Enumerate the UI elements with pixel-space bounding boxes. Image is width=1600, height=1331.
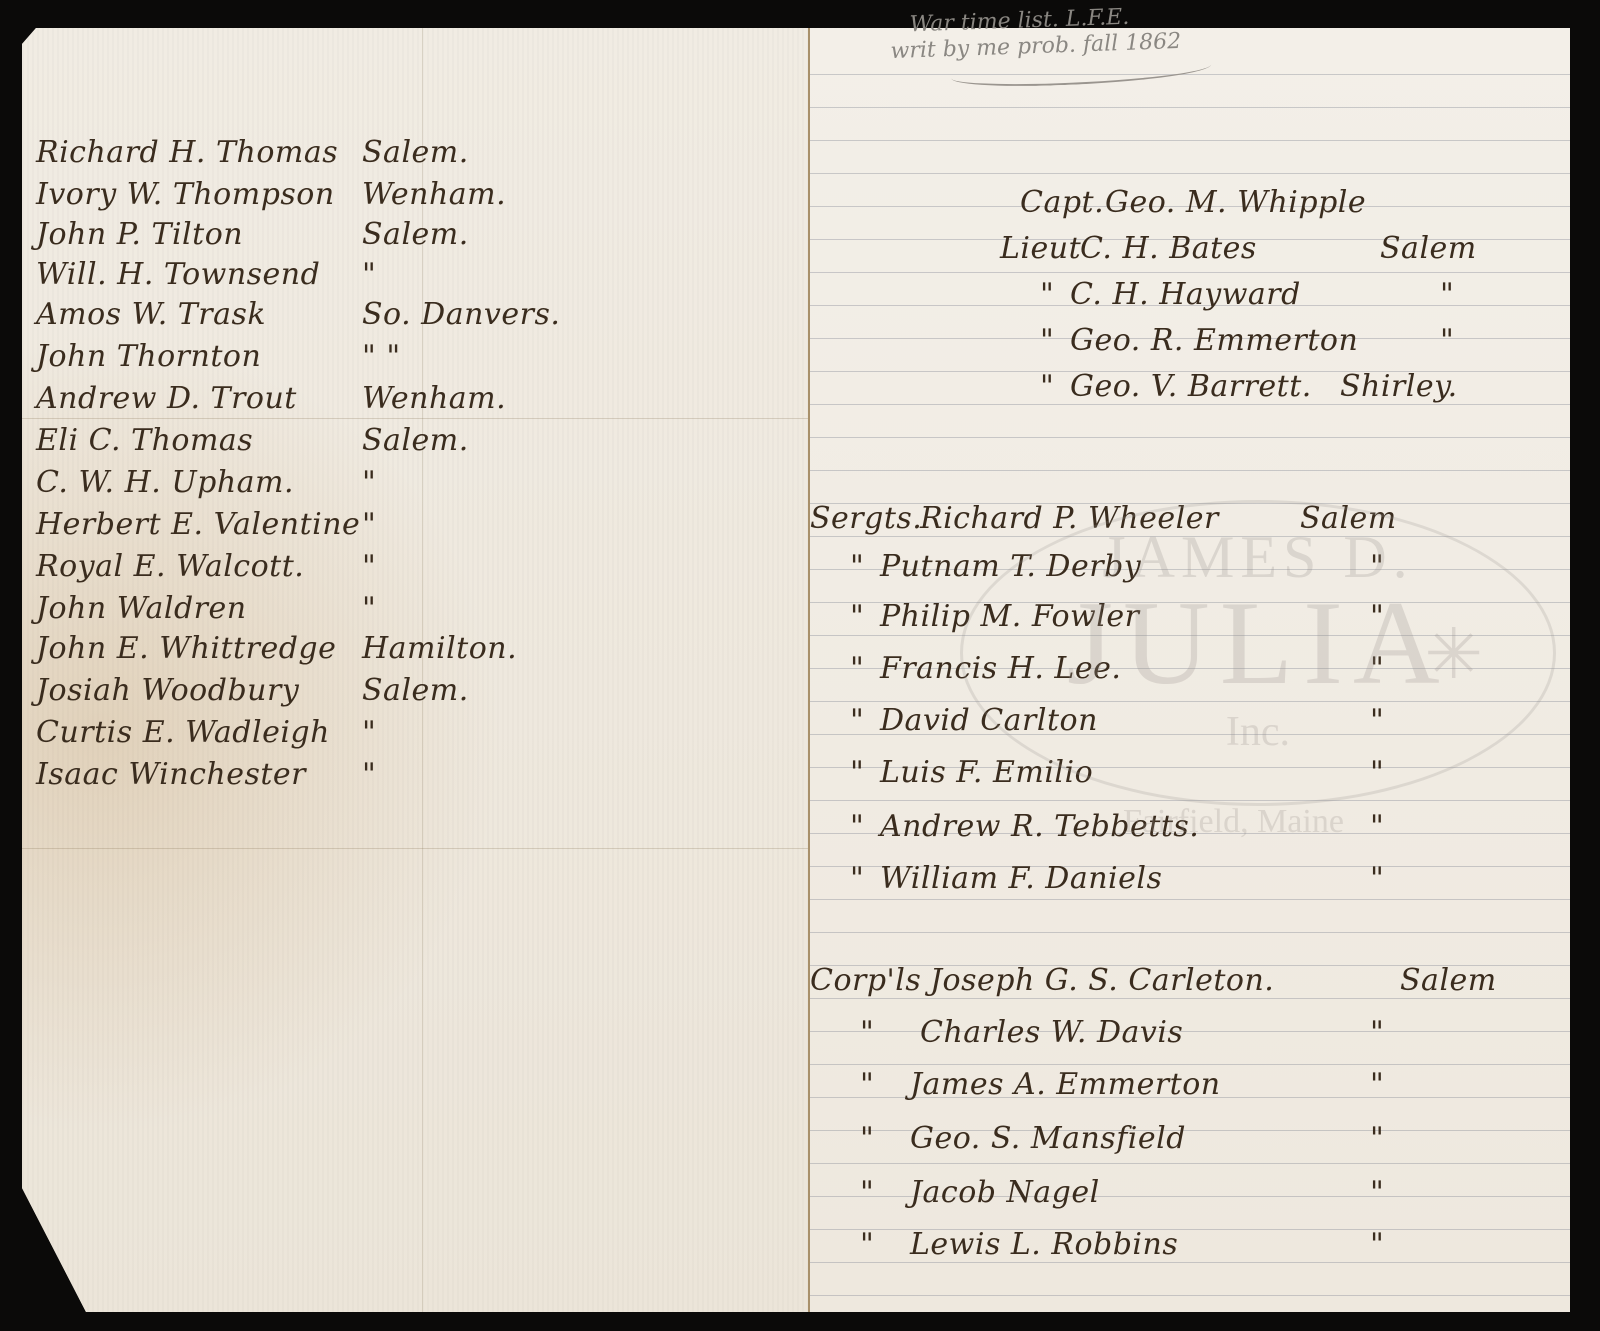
soldier-name: Andrew R. Tebbetts. xyxy=(880,809,1199,844)
soldier-name: Andrew D. Trout xyxy=(36,381,376,416)
soldier-name: Amos W. Trask xyxy=(36,297,376,332)
hometown: " xyxy=(362,715,376,750)
hometown: Shirley. xyxy=(1340,369,1458,404)
soldier-name: John E. Whittredge xyxy=(36,631,376,666)
hometown: Salem. xyxy=(362,135,469,170)
hometown: Salem xyxy=(1400,963,1497,998)
horizontal-fold xyxy=(22,418,808,419)
hometown: Hamilton. xyxy=(362,631,517,666)
soldier-name: Joseph G. S. Carleton. xyxy=(930,963,1274,998)
hometown: " xyxy=(1370,651,1384,686)
hometown: " xyxy=(1370,1227,1384,1262)
soldier-name: Philip M. Fowler xyxy=(880,599,1139,634)
hometown: " " xyxy=(362,339,401,374)
hometown: Salem. xyxy=(362,673,469,708)
soldier-name: Isaac Winchester xyxy=(36,757,376,792)
hometown: " xyxy=(1370,599,1384,634)
soldier-name: Luis F. Emilio xyxy=(880,755,1093,790)
soldier-name: Geo. M. Whipple xyxy=(1105,185,1366,220)
hometown: So. Danvers. xyxy=(362,297,560,332)
hometown: Wenham. xyxy=(362,381,506,416)
soldier-name: John Thornton xyxy=(36,339,376,374)
soldier-name: Herbert E. Valentine xyxy=(36,507,376,542)
soldier-name: William F. Daniels xyxy=(880,861,1162,896)
hometown: Salem. xyxy=(362,423,469,458)
soldier-name: Lewis L. Robbins xyxy=(910,1227,1178,1262)
soldier-name: John P. Tilton xyxy=(36,217,376,252)
hometown: " xyxy=(362,591,376,626)
pencil-annotation: War time list. L.F.E. writ by me prob. f… xyxy=(889,3,1181,65)
hometown: " xyxy=(1370,861,1384,896)
hometown: " xyxy=(1370,1121,1384,1156)
hometown: Salem xyxy=(1380,231,1477,266)
hometown: " xyxy=(1440,323,1454,358)
soldier-name: Richard H. Thomas xyxy=(36,135,376,170)
soldier-name: Putnam T. Derby xyxy=(880,549,1141,584)
soldier-name: Jacob Nagel xyxy=(910,1175,1100,1210)
soldier-name: Royal E. Walcott. xyxy=(36,549,376,584)
soldier-name: Francis H. Lee. xyxy=(880,651,1121,686)
hometown: " xyxy=(1370,809,1384,844)
soldier-name: C. H. Bates xyxy=(1080,231,1257,266)
soldier-name: John Waldren xyxy=(36,591,376,626)
hometown: " xyxy=(1370,549,1384,584)
soldier-name: Eli C. Thomas xyxy=(36,423,376,458)
rank: Corp'ls xyxy=(810,963,920,998)
soldier-name: Geo. V. Barrett. xyxy=(1070,369,1312,404)
hometown: " xyxy=(1370,1175,1384,1210)
center-fold xyxy=(808,28,810,1312)
hometown: " xyxy=(1370,1015,1384,1050)
hometown: " xyxy=(1440,277,1454,312)
soldier-name: Ivory W. Thompson xyxy=(36,177,376,212)
soldier-name: Geo. R. Emmerton xyxy=(1070,323,1358,358)
hometown: Salem. xyxy=(362,217,469,252)
soldier-name: James A. Emmerton xyxy=(910,1067,1221,1102)
soldier-name: Curtis E. Wadleigh xyxy=(36,715,376,750)
horizontal-fold-lower xyxy=(22,848,808,849)
hometown: " xyxy=(1370,703,1384,738)
hometown: " xyxy=(362,507,376,542)
soldier-name: Geo. S. Mansfield xyxy=(910,1121,1186,1156)
hometown: " xyxy=(1370,755,1384,790)
soldier-name: C. W. H. Upham. xyxy=(36,465,376,500)
soldier-name: Charles W. Davis xyxy=(920,1015,1183,1050)
soldier-name: Josiah Woodbury xyxy=(36,673,376,708)
soldier-name: Will. H. Townsend xyxy=(36,257,376,292)
hometown: Wenham. xyxy=(362,177,506,212)
soldier-name: Richard P. Wheeler xyxy=(920,501,1219,536)
soldier-name: David Carlton xyxy=(880,703,1098,738)
hometown: " xyxy=(362,549,376,584)
hometown: " xyxy=(1370,1067,1384,1102)
hometown: " xyxy=(362,465,376,500)
soldier-name: C. H. Hayward xyxy=(1070,277,1301,312)
hometown: " xyxy=(362,257,376,292)
rank: Sergts. xyxy=(810,501,920,536)
hometown: Salem xyxy=(1300,501,1397,536)
hometown: " xyxy=(362,757,376,792)
